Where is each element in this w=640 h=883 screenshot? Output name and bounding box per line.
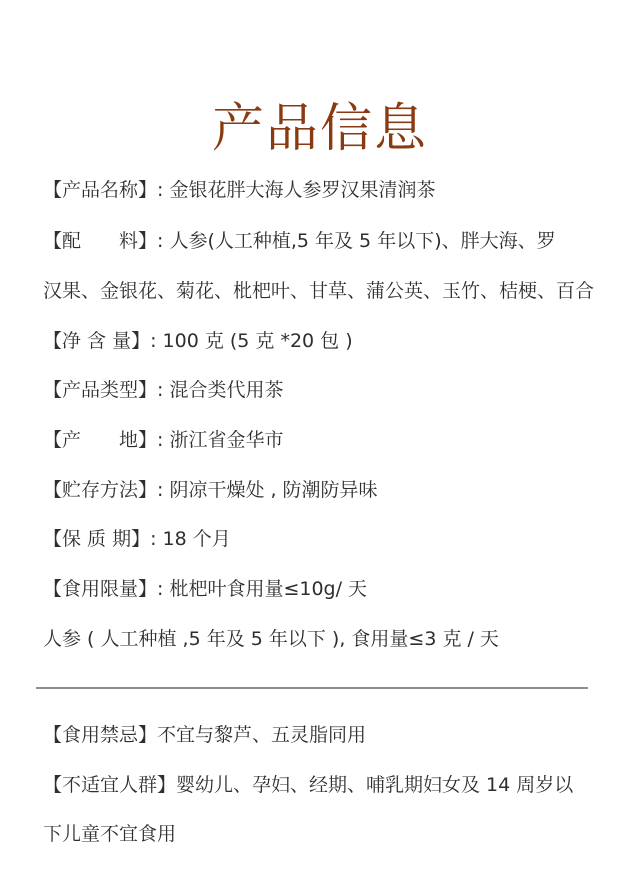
ingredients-line-continued: 汉果、金银花、菊花、枇杷叶、甘草、蒲公英、玉竹、桔梗、百合 [43,278,594,304]
dosage-limit-line: 【食用限量】: 枇杷叶食用量≤10g/ 天 [43,576,367,602]
product-type-line: 【产品类型】: 混合类代用茶 [43,377,283,403]
ingredients-line: 【配 料】: 人参(人工种植,5 年及 5 年以下)、胖大海、罗 [43,228,556,254]
unsuitable-groups-line-continued: 下儿童不宜食用 [43,821,176,847]
product-name-line: 【产品名称】: 金银花胖大海人参罗汉果清润茶 [43,177,435,203]
shelf-life-line: 【保 质 期】: 18 个月 [43,526,231,552]
net-content-line: 【净 含 量】: 100 克 (5 克 *20 包 ) [43,328,353,354]
ginseng-dosage-line: 人参 ( 人工种植 ,5 年及 5 年以下 ), 食用量≤3 克 / 天 [43,626,499,652]
section-divider [36,687,588,689]
page-title: 产品信息 [0,93,640,165]
unsuitable-groups-line: 【不适宜人群】婴幼儿、孕妇、经期、哺乳期妇女及 14 周岁以 [43,772,573,798]
origin-line: 【产 地】: 浙江省金华市 [43,427,283,453]
contraindication-line: 【食用禁忌】不宜与黎芦、五灵脂同用 [43,722,366,748]
storage-line: 【贮存方法】: 阴凉干燥处 , 防潮防异味 [43,477,378,503]
